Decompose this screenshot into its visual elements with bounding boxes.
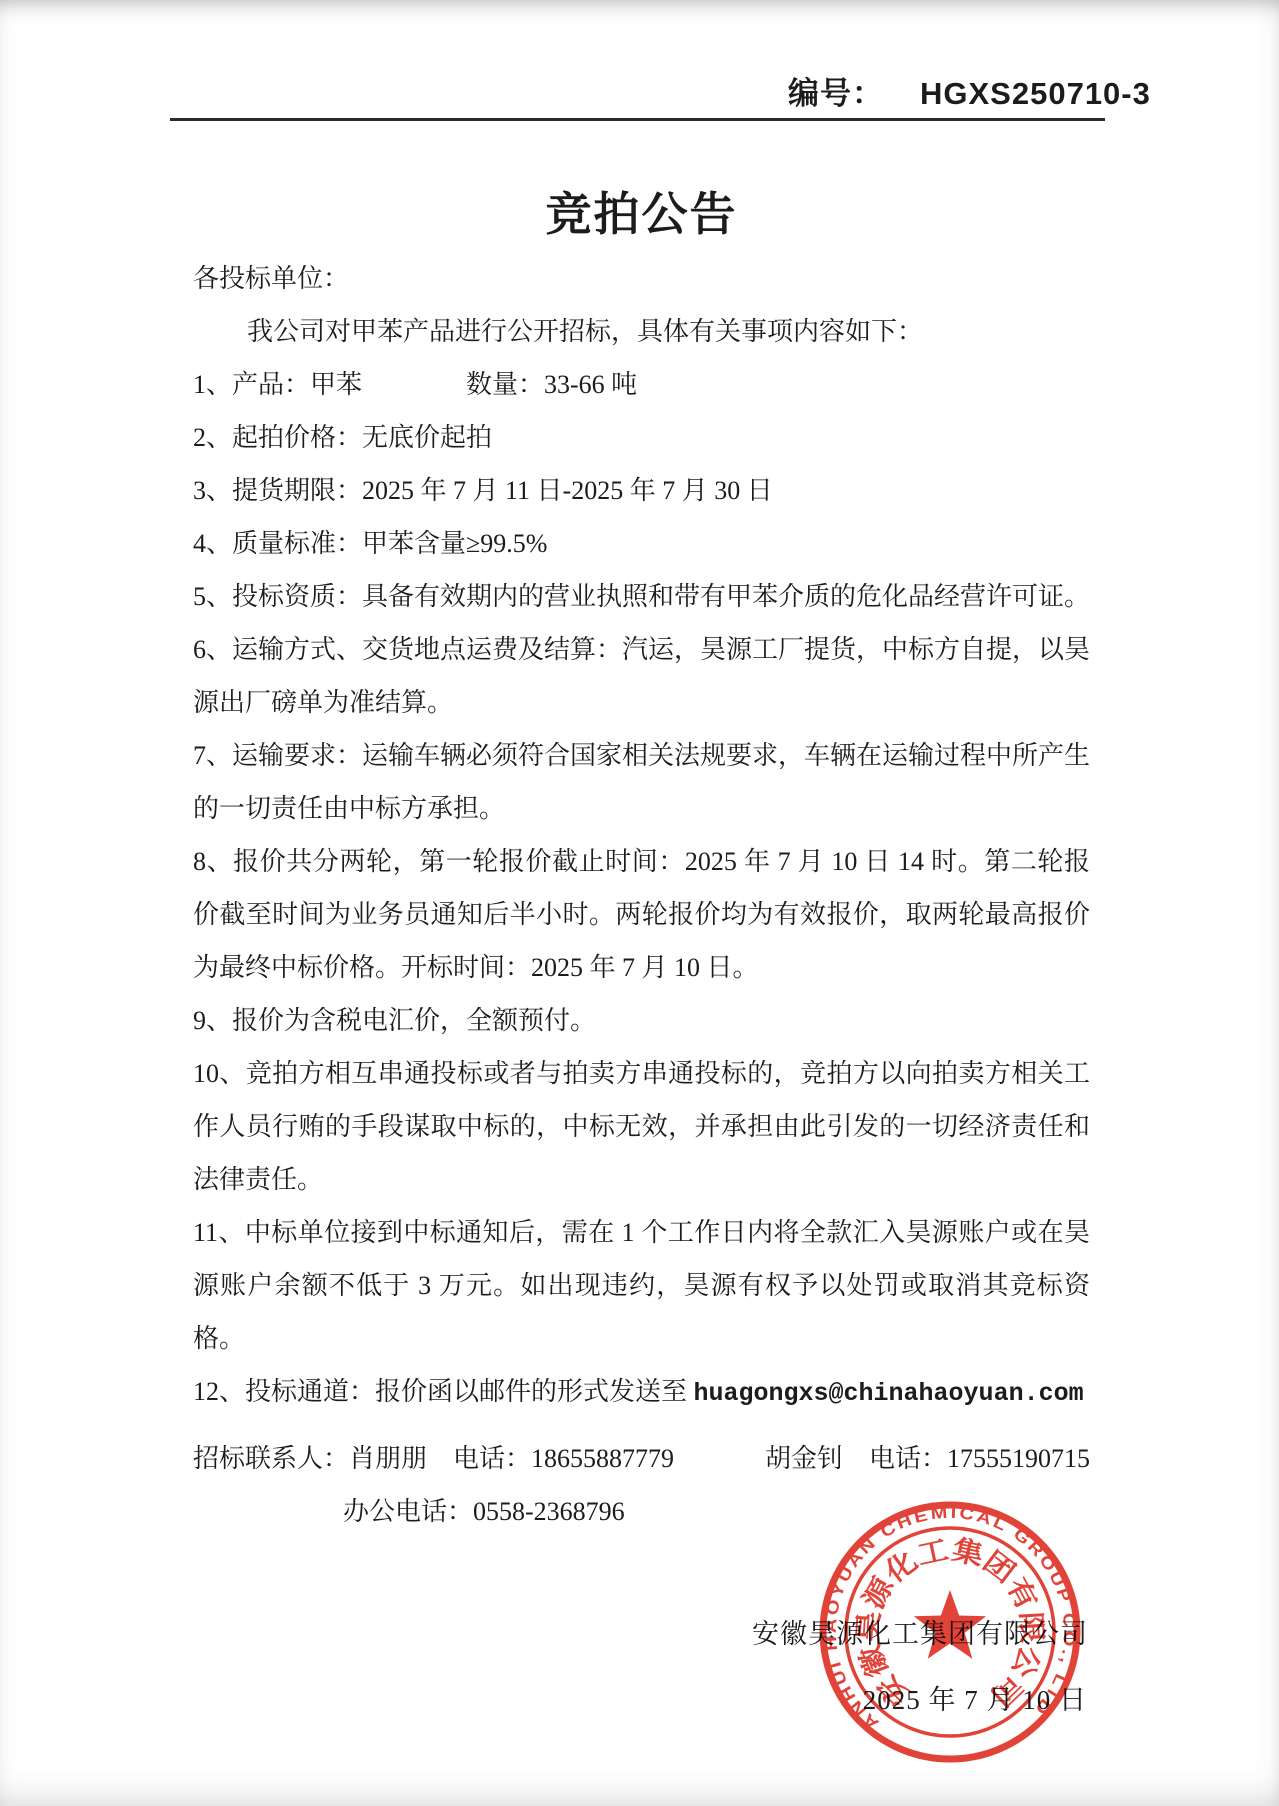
bid-channel-text: 12、投标通道：报价函以邮件的形式发送至 (193, 1377, 694, 1406)
auction-item-4: 4、质量标准：甲苯含量≥99.5% (193, 517, 1090, 570)
company-seal: ANHUI HAOYUAN CHEMICAL GROUP CO., LTD 安徽… (800, 1482, 1100, 1782)
auction-item-2: 2、起拍价格：无底价起拍 (193, 411, 1090, 464)
auction-item-8: 8、报价共分两轮，第一轮报价截止时间：2025 年 7 月 10 日 14 时。… (193, 835, 1090, 994)
contact-secondary: 胡金钊 电话：17555190715 (765, 1432, 1090, 1485)
document-body: 各投标单位： 我公司对甲苯产品进行公开招标，具体有关事项内容如下： 1、产品：甲… (193, 252, 1090, 1538)
page-title: 竞拍公告 (193, 178, 1090, 244)
auction-item-11: 11、中标单位接到中标通知后，需在 1 个工作日内将全款汇入昊源账户或在昊源账户… (193, 1206, 1090, 1365)
auction-item-1: 1、产品：甲苯 数量：33-66 吨 (193, 358, 1090, 411)
doc-number-label: 编号： (788, 68, 884, 113)
contacts-row: 招标联系人：肖朋朋 电话：18655887779 胡金钊 电话：17555190… (193, 1432, 1090, 1485)
header-rule (170, 118, 1105, 121)
contact-primary: 招标联系人：肖朋朋 电话：18655887779 (193, 1432, 674, 1485)
bid-email-text: huagongxs@chinahaoyuan.com (694, 1379, 1084, 1408)
auction-item-3: 3、提货期限：2025 年 7 月 11 日-2025 年 7 月 30 日 (193, 464, 1090, 517)
doc-number-value: HGXS250710-3 (920, 76, 1151, 112)
auction-item-6: 6、运输方式、交货地点运费及结算：汽运，昊源工厂提货，中标方自提，以昊源出厂磅单… (193, 623, 1090, 729)
auction-item-9: 9、报价为含税电汇价，全额预付。 (193, 994, 1090, 1047)
salutation: 各投标单位： (193, 252, 1090, 305)
doc-number: 编号： HGXS250710-3 (788, 68, 1151, 113)
auction-item-12: 12、投标通道：报价函以邮件的形式发送至 huagongxs@chinahaoy… (193, 1365, 1090, 1420)
document-page: 编号： HGXS250710-3 竞拍公告 各投标单位： 我公司对甲苯产品进行公… (0, 0, 1279, 1806)
intro-paragraph: 我公司对甲苯产品进行公开招标，具体有关事项内容如下： (193, 305, 1090, 358)
auction-item-5: 5、投标资质：具备有效期内的营业执照和带有甲苯介质的危化品经营许可证。 (193, 570, 1090, 623)
auction-item-7: 7、运输要求：运输车辆必须符合国家相关法规要求，车辆在运输过程中所产生的一切责任… (193, 729, 1090, 835)
auction-item-10: 10、竞拍方相互串通投标或者与拍卖方串通投标的，竞拍方以向拍卖方相关工作人员行贿… (193, 1047, 1090, 1206)
seal-star-icon (914, 1590, 986, 1659)
